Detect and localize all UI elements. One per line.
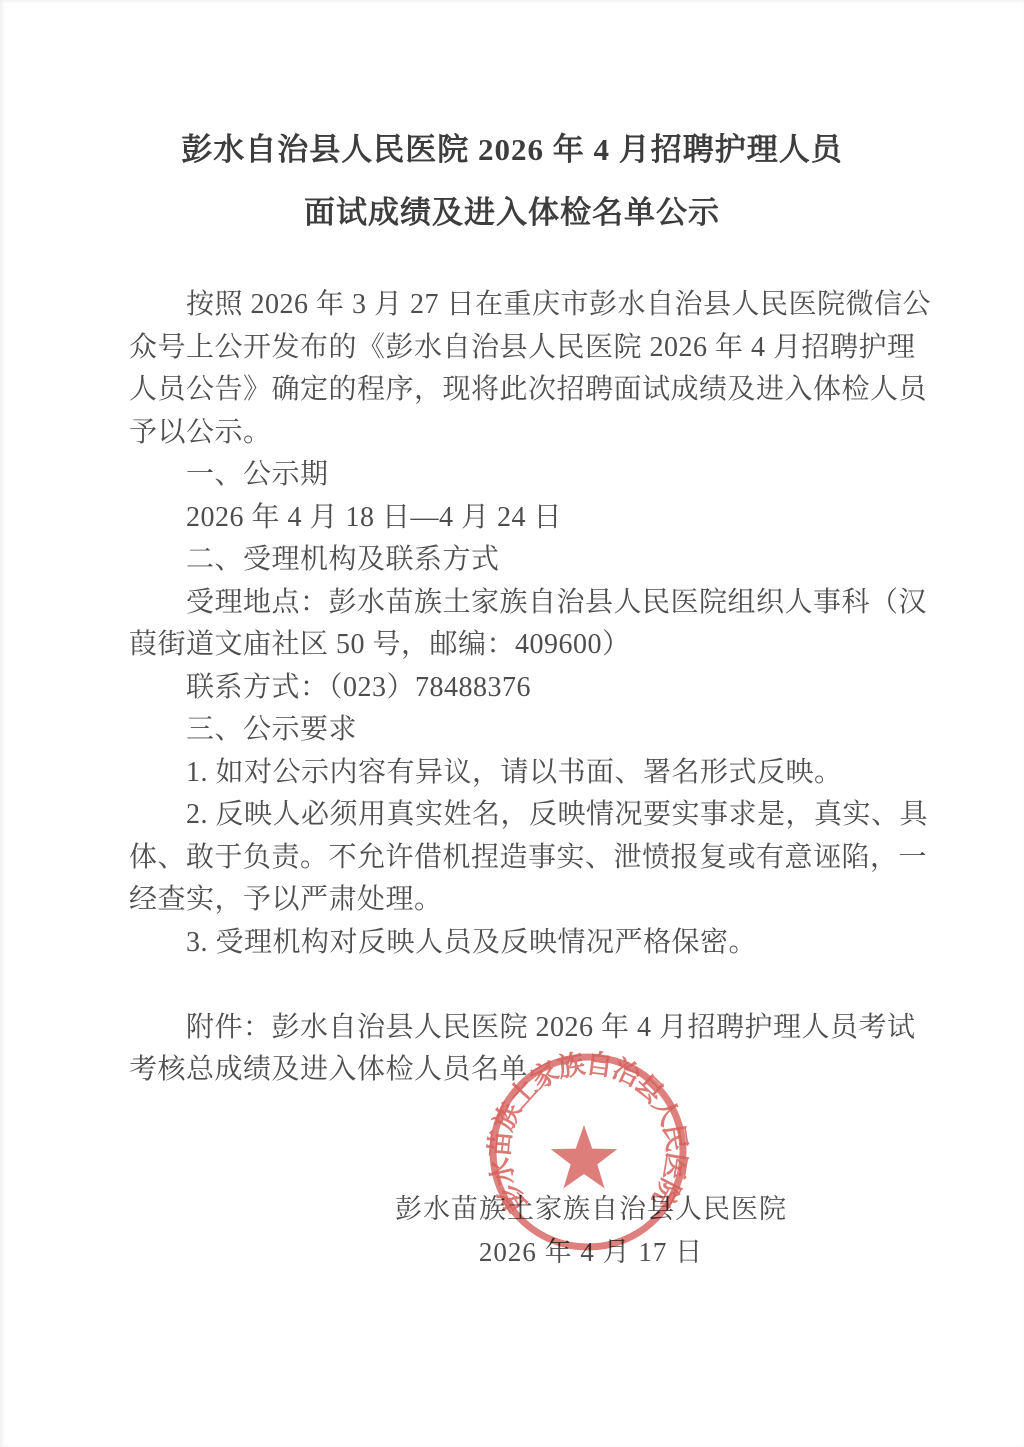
body-line: 予以公示。: [129, 412, 901, 455]
section-heading-2: 二、受理机构及联系方式: [129, 539, 901, 582]
body-line: 众号上公开发布的《彭水自治县人民医院 2026 年 4 月招聘护理: [129, 327, 901, 370]
body-line: 2026 年 4 月 18 日—4 月 24 日: [129, 497, 901, 540]
section-heading-1: 一、公示期: [129, 454, 901, 497]
body-line: 人员公告》确定的程序，现将此次招聘面试成绩及进入体检人员: [129, 369, 901, 412]
official-seal: 彭水苗族土家族自治县人民医院: [472, 1036, 704, 1268]
document-body: 按照 2026 年 3 月 27 日在重庆市彭水自治县人民医院微信公 众号上公开…: [129, 284, 901, 1092]
body-line: 葭街道文庙社区 50 号，邮编：409600）: [129, 624, 901, 667]
section-heading-3: 三、公示要求: [129, 709, 901, 752]
body-line: 经查实，予以严肃处理。: [129, 879, 901, 922]
body-line: 按照 2026 年 3 月 27 日在重庆市彭水自治县人民医院微信公: [129, 284, 901, 327]
document-page: 彭水自治县人民医院 2026 年 4 月招聘护理人员 面试成绩及进入体检名单公示…: [0, 0, 1024, 1447]
svg-text:彭水苗族土家族自治县人民医院: 彭水苗族土家族自治县人民医院: [484, 1048, 692, 1217]
body-line: 3. 受理机构对反映人员及反映情况严格保密。: [129, 922, 901, 965]
body-line: 受理地点：彭水苗族土家族自治县人民医院组织人事科（汉: [129, 582, 901, 625]
document-title-line2: 面试成绩及进入体检名单公示: [0, 181, 1024, 244]
body-line: 体、敢于负责。不允许借机捏造事实、泄愤报复或有意诬陷，一: [129, 837, 901, 880]
document-title: 彭水自治县人民医院 2026 年 4 月招聘护理人员 面试成绩及进入体检名单公示: [0, 118, 1024, 244]
red-star-icon: [551, 1125, 618, 1188]
body-line: 1. 如对公示内容有异议，请以书面、署名形式反映。: [129, 752, 901, 795]
body-line: 2. 反映人必须用真实姓名，反映情况要实事求是，真实、具: [129, 794, 901, 837]
body-line: 联系方式：（023）78488376: [129, 667, 901, 710]
document-title-line1: 彭水自治县人民医院 2026 年 4 月招聘护理人员: [0, 118, 1024, 181]
seal-text: 彭水苗族土家族自治县人民医院: [484, 1048, 692, 1217]
